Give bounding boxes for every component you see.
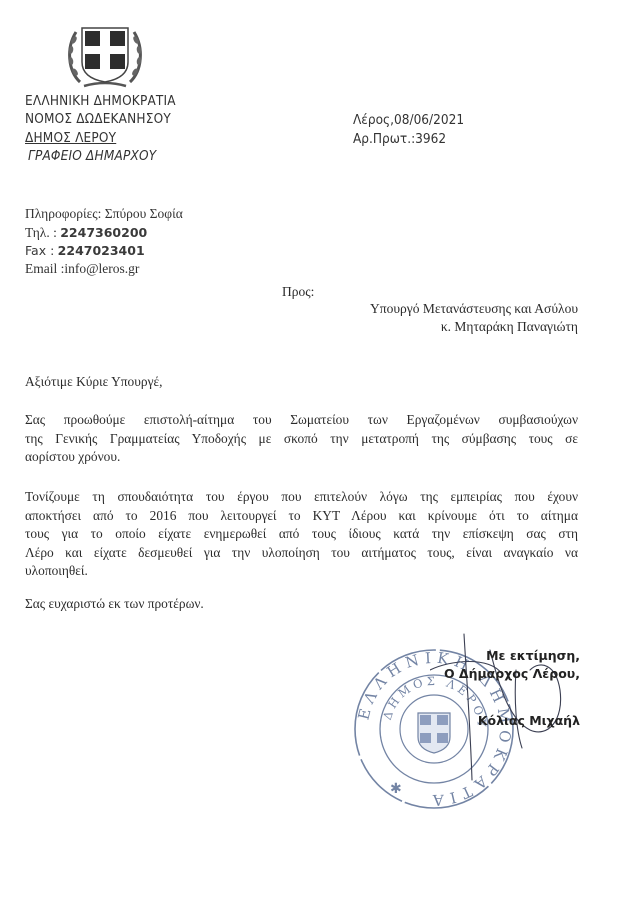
paragraph-2-line: Τονίζουμε τη σπουδαιότητα του έργου που … bbox=[25, 488, 578, 507]
paragraph-2-line: Λέρο και είχατε δεσμευθεί για την υλοποί… bbox=[25, 544, 578, 563]
signature-regards: Με εκτίμηση, bbox=[486, 648, 580, 663]
info-label: Πληροφορίες: bbox=[25, 206, 101, 221]
paragraph-2: Τονίζουμε τη σπουδαιότητα του έργου που … bbox=[25, 488, 578, 581]
paragraph-1-line: αορίστου χρόνου. bbox=[25, 448, 578, 467]
greek-coat-of-arms-icon bbox=[62, 16, 148, 96]
paragraph-1-line: Σας προωθούμε επιστολή-αίτημα του Σωματε… bbox=[25, 411, 578, 430]
contact-email: Email :info@leros.gr bbox=[25, 261, 139, 277]
email-label: Email : bbox=[25, 261, 64, 276]
paragraph-1: Σας προωθούμε επιστολή-αίτημα του Σωματε… bbox=[25, 411, 578, 467]
letterhead-line-prefecture: ΝΟΜΟΣ ΔΩΔΕΚΑΝΗΣΟΥ bbox=[25, 112, 171, 127]
letterhead-line-municipality: ΔΗΜΟΣ ΛΕΡΟΥ bbox=[25, 131, 116, 146]
paragraph-2-line: αποκτήσει από το 2016 που λειτουργεί το … bbox=[25, 507, 578, 526]
contact-info-person: Πληροφορίες: Σπύρου Σοφία bbox=[25, 206, 183, 222]
paragraph-2-line: υλοποιηθεί. bbox=[25, 562, 578, 581]
paragraph-2-line: τους για το οποίο είχατε ενημερωθεί από … bbox=[25, 525, 578, 544]
protocol-number: Αρ.Πρωτ.:3962 bbox=[353, 131, 446, 147]
phone-value: 2247360200 bbox=[60, 225, 147, 240]
salutation: Αξιότιμε Κύριε Υπουργέ, bbox=[25, 374, 162, 390]
recipient-name: κ. Μηταράκη Παναγιώτη bbox=[441, 319, 578, 335]
contact-phone: Τηλ. : 2247360200 bbox=[25, 225, 147, 241]
paragraph-1-line: της Γενικής Γραμματείας Υποδοχής με σκοπ… bbox=[25, 430, 578, 449]
fax-value: 2247023401 bbox=[58, 243, 145, 258]
letterhead-line-republic: ΕΛΛΗΝΙΚΗ ΔΗΜΟΚΡΑΤΙΑ bbox=[25, 94, 176, 109]
svg-text:✱: ✱ bbox=[390, 781, 402, 797]
recipient-label: Προς: bbox=[282, 284, 314, 300]
place-date: Λέρος,08/06/2021 bbox=[353, 112, 464, 128]
email-value: info@leros.gr bbox=[64, 261, 139, 276]
letterhead-line-office: ΓΡΑΦΕΙΟ ΔΗΜΑΡΧΟΥ bbox=[28, 149, 156, 164]
info-value: Σπύρου Σοφία bbox=[105, 206, 183, 221]
signature-title: Ο Δήμαρχος Λέρου, bbox=[444, 666, 580, 681]
closing-line: Σας ευχαριστώ εκ των προτέρων. bbox=[25, 596, 204, 612]
fax-label: Fax : bbox=[25, 243, 54, 258]
phone-label: Τηλ. : bbox=[25, 225, 57, 240]
signature-name: Κόλιας Μιχαήλ bbox=[478, 713, 580, 728]
recipient-ministry: Υπουργό Μετανάστευσης και Ασύλου bbox=[370, 301, 578, 317]
contact-fax: Fax : 2247023401 bbox=[25, 243, 145, 259]
